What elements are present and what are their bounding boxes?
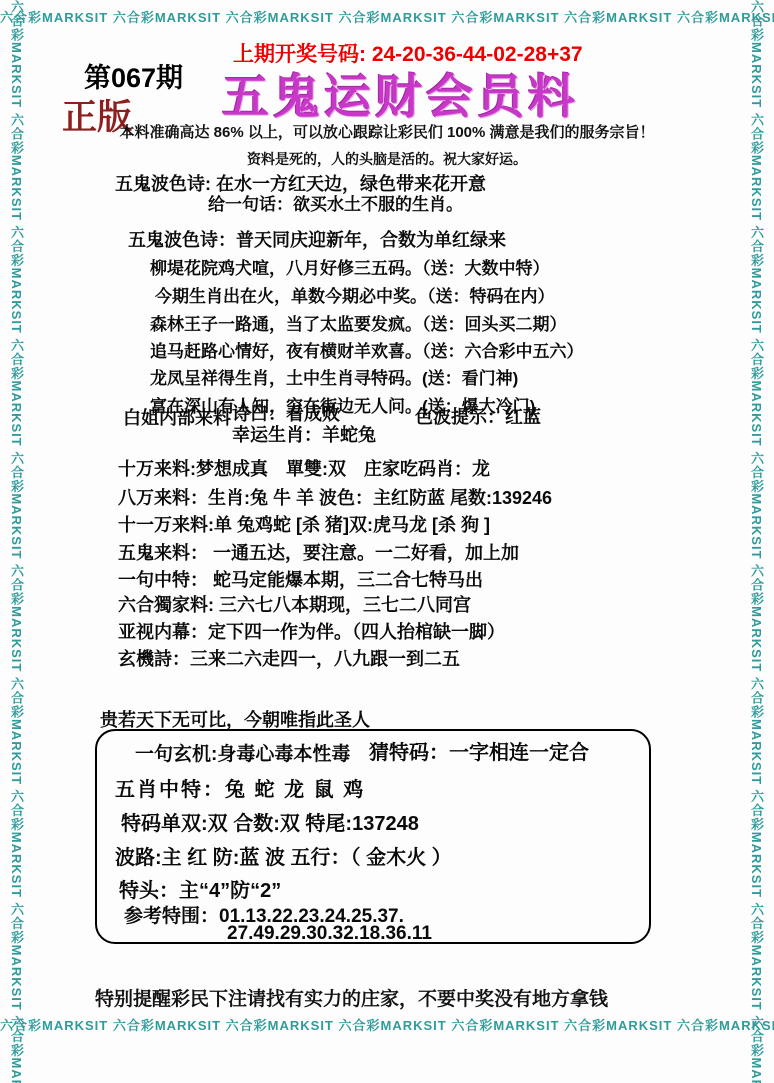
box-five-zodiac: 五肖中特：兔 蛇 龙 鼠 鸡 (115, 773, 365, 802)
color-wave-hint: 色波提示：红蓝 (415, 403, 541, 429)
box-range-line2: 27.49.29.30.32.18.36.11 (227, 923, 432, 945)
box-wave-path: 波路:主 红 防:蓝 波 五行：（ 金木火 ） (115, 841, 452, 870)
baijie-label: 白姐内部来料 (123, 404, 231, 430)
box-mystery-phrase: 一句玄机:身毒心毒本性毒 (135, 739, 350, 766)
page-title: 五鬼运财会员料 (222, 60, 579, 127)
tip-sheet-page: 六合彩MARKSIT 六合彩MARKSIT 六合彩MARKSIT 六合彩MARK… (0, 0, 774, 1083)
material-100k: 十万来料:梦想成真 單雙:双 庄家吃码肖：龙 (118, 455, 490, 481)
material-80k: 八万来料：生肖:兔 牛 羊 波色：主红防蓝 尾数:139246 (118, 484, 552, 510)
box-guess-special: 猜特码：一字相连一定合 (369, 736, 589, 765)
material-mystery-poem: 玄機詩：三来二六走四一，八九跟一到二五 (118, 645, 460, 671)
footer-warning: 特别提醒彩民下注请找有实力的庄家，不要中奖没有地方拿钱 (95, 984, 608, 1011)
promo-line: 本料准确高达 86% 以上，可以放心跟踪让彩民们 100% 满意是我们的服务宗旨… (0, 121, 774, 142)
border-top-marksit: 六合彩MARKSIT 六合彩MARKSIT 六合彩MARKSIT 六合彩MARK… (0, 6, 774, 30)
wave-poem-1-advice: 给一句话：欲买水土不服的生肖。 (208, 190, 463, 215)
wave-poem-2: 五鬼波色诗：普天同庆迎新年，合数为单红绿来 (128, 226, 506, 252)
material-five-ghost: 五鬼来料： 一通五达，要注意。一二好看，加上加 (118, 539, 519, 565)
material-exclusive: 六合獨家料: 三六七八本期现，三七二八同宫 (118, 591, 471, 617)
poem-line-2: 今期生肖出在火，单数今期必中奖。（送：特码在内） (155, 282, 555, 307)
border-bottom-marksit: 六合彩MARKSIT 六合彩MARKSIT 六合彩MARKSIT 六合彩MARK… (0, 1014, 774, 1038)
box-special-head: 特头：主“4”防“2” (119, 874, 281, 903)
material-atv-insider: 亚视内幕：定下四一作为伴。（四人抬棺缺一脚） (118, 618, 505, 644)
note-line: 资料是死的，人的头脑是活的。祝大家好运。 (0, 149, 774, 169)
prediction-box: 一句玄机:身毒心毒本性毒 猜特码：一字相连一定合 五肖中特：兔 蛇 龙 鼠 鸡 … (95, 729, 651, 944)
poem-line-3: 森林王子一路通，当了太监要发疯。（送：回头买二期） (150, 310, 567, 335)
poem-line-5: 龙凤呈祥得生肖，土中生肖寻特码。(送：看门神) (150, 364, 518, 389)
material-one-phrase: 一句中特： 蛇马定能爆本期，三二合七特马出 (118, 566, 483, 592)
box-odd-even: 特码单双:双 合数:双 特尾:137248 (121, 807, 419, 836)
poem-line-4: 追马赶路心情好，夜有横财羊欢喜。（送：六合彩中五六） (150, 337, 584, 362)
poem-line-1: 柳堤花院鸡犬喧，八月好修三五码。（送：大数中特） (150, 254, 550, 279)
material-110k: 十一万来料:单 兔鸡蛇 [杀 猪]双:虎马龙 [杀 狗 ] (118, 511, 490, 537)
lucky-zodiac: 幸运生肖：羊蛇兔 (232, 421, 376, 447)
